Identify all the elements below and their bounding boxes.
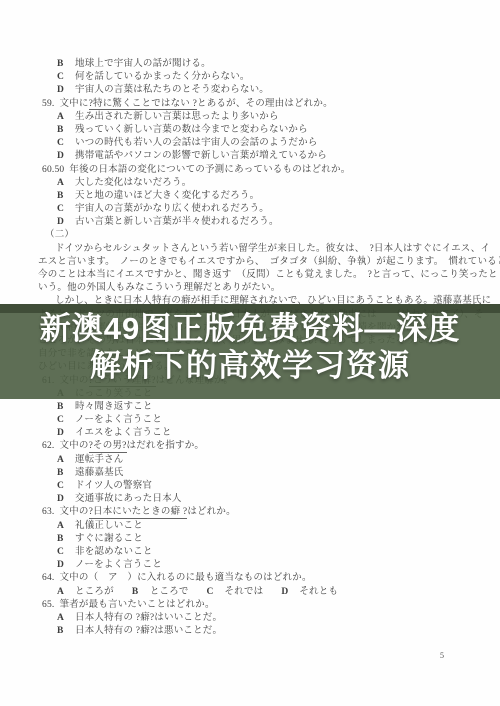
option-letter: C	[57, 203, 68, 216]
option-text: 大した変化はないだろう。	[75, 178, 191, 188]
option-letter: D	[281, 586, 292, 599]
option-text: 日本人特有の ?癖?はいいことだ。	[75, 613, 222, 623]
option-letter: B	[57, 533, 68, 546]
option-text: 宇宙人の言葉は私たちのとそう変わらない。	[75, 85, 269, 95]
question-number: 59.	[42, 99, 54, 109]
option-line: Dイエスをよく言うこと	[57, 427, 490, 440]
option-line: Cノーをよく言うこと	[57, 414, 490, 427]
overlay-ad-banner: 新澳49图正版免费资料—深度 解析下的高效学习资源	[0, 304, 500, 399]
option-text: 遠藤嘉基氏	[75, 468, 124, 478]
question-number: 64.	[42, 573, 54, 583]
question-text: 筆者が最も言いたいことはどれか。	[59, 600, 214, 610]
option-line: C宇宙人の言葉がかなり広く使われるだろう。	[57, 203, 490, 216]
option-letter: B	[57, 467, 68, 480]
option-text: 時々聞き返すこと	[75, 402, 153, 412]
option-line: Dノーをよく言うこと	[57, 559, 490, 572]
option-line: B時々聞き返すこと	[57, 401, 490, 414]
option-item: Bところで	[132, 587, 189, 597]
question-text: 文中の	[59, 507, 88, 517]
option-text: 何を話しているかまったく分からない。	[75, 72, 250, 82]
option-text: いつの時代も若い人の会話は宇宙人の会話のようだから	[75, 138, 318, 148]
text-line: エスと言います。 ノーのときでもイエスですから、 ゴタゴタ（糾紛、争執）が起こり…	[38, 256, 490, 269]
question-text: 文中の	[59, 441, 88, 451]
option-line: B地球上で宇宙人の話が聞ける。	[57, 58, 490, 71]
option-line: B天と地の違いほど大きく変化するだろう。	[57, 190, 490, 203]
option-text: それとも	[299, 587, 338, 597]
question-number: 60.50	[42, 165, 64, 175]
question-line: 62.文中の?その男?はだれを指すか。	[42, 440, 490, 453]
option-item: Aところが	[57, 587, 114, 597]
option-line: Bすぐに謝ること	[57, 533, 490, 546]
option-letter: C	[57, 71, 68, 84]
option-text: ノーをよく言うこと	[75, 415, 162, 425]
option-line: A日本人特有の ?癖?はいいことだ。	[57, 612, 490, 625]
option-text: 宇宙人の言葉がかなり広く使われるだろう。	[75, 204, 269, 214]
text-line: 今のことは本当にイエスですかと、聞き返す （反問）ことも覚えました。 ?と言って…	[38, 269, 490, 282]
option-letter: A	[57, 520, 68, 533]
text-run: 今のことは本当にイエスですかと、聞き返す （反問）ことも覚えました。 ?と言って…	[38, 270, 498, 280]
option-text: それでは	[225, 587, 264, 597]
option-letter: A	[57, 612, 68, 625]
option-letter: A	[57, 454, 68, 467]
option-line: D宇宙人の言葉は私たちのとそう変わらない。	[57, 84, 490, 97]
option-letter: B	[57, 401, 68, 414]
option-text: 交通事故にあった日本人	[75, 494, 182, 504]
option-text: すぐに謝ること	[75, 534, 143, 544]
option-text: 携帯電話やパソコンの影響で新しい言葉が増えているから	[75, 151, 327, 161]
option-line: C何を話しているかまったく分からない。	[57, 71, 490, 84]
option-line: Cいつの時代も若い人の会話は宇宙人の会話のようだから	[57, 137, 490, 150]
option-letter: B	[132, 586, 143, 599]
option-line: D交通事故にあった日本人	[57, 493, 490, 506]
option-letter: C	[207, 586, 218, 599]
scanned-exam-page: B地球上で宇宙人の話が聞ける。C何を話しているかまったく分からない。D宇宙人の言…	[0, 0, 500, 706]
question-line: 60.50年後の日本語の変化についての予測にあっているものはどれか。	[42, 164, 490, 177]
option-item: Cそれでは	[207, 587, 264, 597]
text-run: エスと言います。 ノーのときでもイエスですから、 ゴタゴタ（糾紛、争執）が起こり…	[38, 257, 500, 267]
option-letter: D	[57, 559, 68, 572]
option-text: 非を認めないこと	[75, 547, 153, 557]
option-letter: D	[57, 84, 68, 97]
question-text: はだれを指すか。	[127, 441, 205, 451]
option-letter: B	[57, 190, 68, 203]
question-line: 65.筆者が最も言いたいことはどれか。	[42, 599, 490, 612]
banner-title: 新澳49图正版免费资料—深度 解析下的高效学习资源	[0, 310, 500, 384]
option-letter: D	[57, 150, 68, 163]
text-line: いう。他の外国人もみなこういう理解だとありがたい。	[38, 282, 490, 295]
option-letter: D	[57, 493, 68, 506]
option-item: Dそれとも	[281, 587, 338, 597]
option-text: 天と地の違いほど大きく変化するだろう。	[75, 191, 259, 201]
banner-title-line1: 新澳49图正版免费资料—深度	[0, 310, 500, 347]
question-text: ?日本にいたときの癖 ?	[89, 507, 188, 519]
banner-title-line2: 解析下的高效学习资源	[0, 347, 500, 384]
option-text: ノーをよく言うこと	[75, 560, 162, 570]
option-text: 古い言葉と新しい言葉が半々使われるだろう。	[75, 217, 279, 227]
option-text: 運転手さん	[75, 455, 124, 465]
option-line: D携帯電話やパソコンの影響で新しい言葉が増えているから	[57, 150, 490, 163]
question-text: ?特に驚くことではない ?	[89, 99, 197, 111]
option-letter: C	[57, 480, 68, 493]
option-text: 日本人特有の ?癖?は悪いことだ。	[75, 626, 222, 636]
question-text: とあるが、その理由はどれか。	[197, 99, 333, 109]
option-line: A運転手さん	[57, 454, 490, 467]
option-line: D古い言葉と新しい言葉が半々使われるだろう。	[57, 216, 490, 229]
text-run: ドイツからセルシュタットさんという若い留学生が来日した。彼女は、 ?日本人はすぐ…	[55, 244, 490, 254]
option-line: A礼儀正しいこと	[57, 520, 490, 533]
text-run: いう。他の外国人もみなこういう理解だとありがたい。	[38, 283, 281, 293]
text-line: ドイツからセルシュタットさんという若い留学生が来日した。彼女は、 ?日本人はすぐ…	[55, 243, 490, 256]
option-line: B日本人特有の ?癖?は悪いことだ。	[57, 625, 490, 638]
option-letter: C	[57, 137, 68, 150]
option-text: ところで	[150, 587, 189, 597]
section-label: （二）	[45, 229, 490, 242]
question-line: 59.文中に?特に驚くことではない ?とあるが、その理由はどれか。	[42, 98, 490, 111]
option-line: A大した変化はないだろう。	[57, 177, 490, 190]
question-text: 文中に	[59, 99, 88, 109]
question-text: はどれか。	[187, 507, 236, 517]
question-number: 65.	[42, 600, 54, 610]
option-letter: D	[57, 427, 68, 440]
option-line: B残っていく新しい言葉の数は今までと変わらないから	[57, 124, 490, 137]
option-letter: A	[57, 177, 68, 190]
question-number: 63.	[42, 507, 54, 517]
option-letter: B	[57, 124, 68, 137]
option-letter: C	[57, 546, 68, 559]
option-text: 礼儀正しいこと	[75, 521, 143, 531]
option-text: 地球上で宇宙人の話が聞ける。	[75, 59, 211, 69]
option-line: C非を認めないこと	[57, 546, 490, 559]
question-line: 63.文中の?日本にいたときの癖 ?はどれか。	[42, 506, 490, 519]
option-letter: C	[57, 414, 68, 427]
option-letter: A	[57, 111, 68, 124]
option-line: AところがBところでCそれではDそれとも	[57, 586, 490, 599]
text-run: （二）	[45, 230, 74, 240]
option-text: 残っていく新しい言葉の数は今までと変わらないから	[75, 125, 308, 135]
question-text: 年後の日本語の変化についての予測にあっているものはどれか。	[69, 165, 350, 175]
question-line: 64.文中の（ ア ）に入れるのに最も適当なものはどれか。	[42, 572, 490, 585]
option-letter: A	[57, 586, 68, 599]
question-text: ?その男?	[89, 441, 127, 453]
option-text: ところが	[75, 587, 114, 597]
question-number: 62.	[42, 441, 54, 451]
option-line: B遠藤嘉基氏	[57, 467, 490, 480]
option-letter: D	[57, 216, 68, 229]
option-line: A生み出された新しい言葉は思ったより多いから	[57, 111, 490, 124]
option-letter: B	[57, 625, 68, 638]
option-text: イエスをよく言うこと	[75, 428, 172, 438]
option-letter: B	[57, 58, 68, 71]
option-text: ドイツ人の警察官	[75, 481, 152, 491]
page-number: 5	[440, 651, 444, 660]
question-text: 文中の（ ア ）に入れるのに最も適当なものはどれか。	[59, 573, 311, 583]
option-line: Cドイツ人の警察官	[57, 480, 490, 493]
option-text: 生み出された新しい言葉は思ったより多いから	[75, 112, 279, 122]
